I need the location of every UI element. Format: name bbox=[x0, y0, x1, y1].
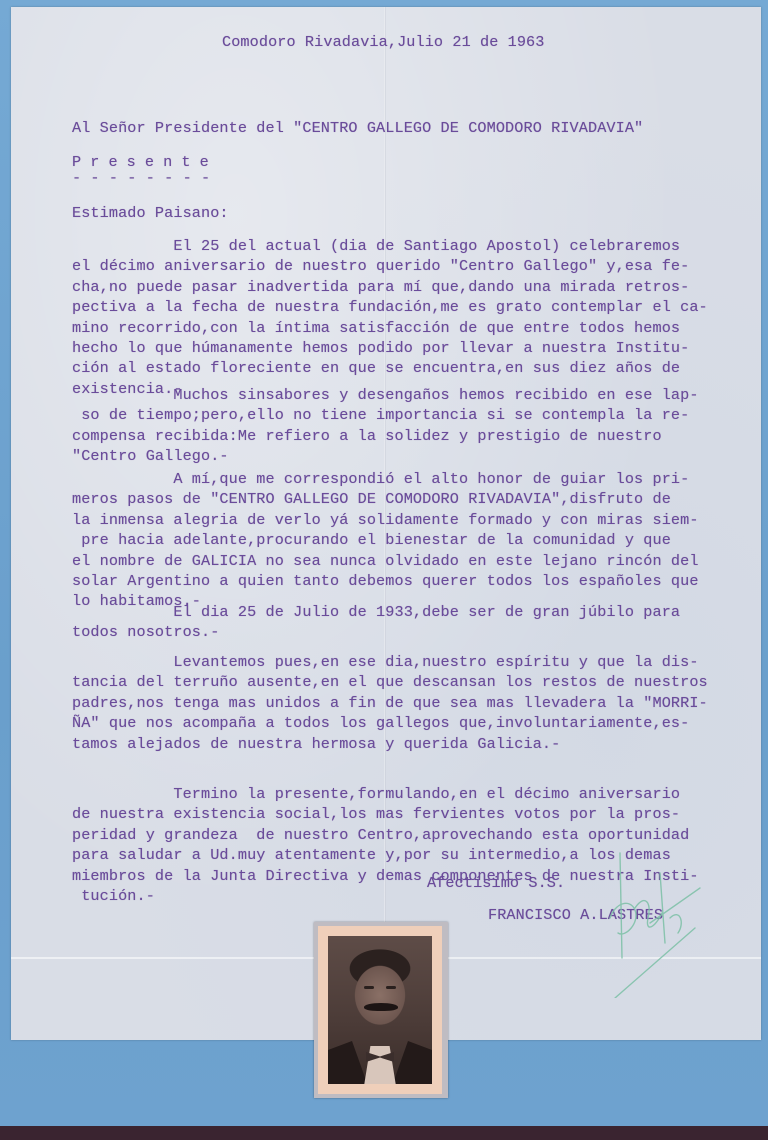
jacket-left bbox=[328, 1041, 368, 1084]
paragraph-morrina: Levantemos pues,en ese dia,nuestro espír… bbox=[72, 652, 708, 754]
shirt-collar bbox=[364, 1046, 396, 1084]
paragraph-founding: A mí,que me correspondió el alto honor d… bbox=[72, 469, 699, 612]
eye-right bbox=[386, 986, 396, 989]
date-line: Comodoro Rivadavia,Julio 21 de 1963 bbox=[222, 32, 545, 52]
portrait-image bbox=[328, 936, 432, 1084]
mustache bbox=[364, 1003, 398, 1011]
paragraph-celebration-date: El dia 25 de Julio de 1933,debe ser de g… bbox=[72, 602, 680, 643]
greeting: Estimado Paisano: bbox=[72, 203, 229, 223]
paragraph-hardships: Muchos sinsabores y desengaños hemos rec… bbox=[72, 385, 699, 467]
eye-left bbox=[364, 986, 374, 989]
presente-underline: - - - - - - - - bbox=[72, 168, 210, 188]
jacket-right bbox=[392, 1041, 432, 1084]
addressee-line: Al Señor Presidente del "CENTRO GALLEGO … bbox=[72, 118, 643, 138]
portrait-photo bbox=[314, 922, 448, 1098]
closing-salutation: Afectísimo S.S. bbox=[427, 873, 565, 893]
photo-mount bbox=[318, 926, 442, 1094]
handwritten-signature-icon bbox=[590, 848, 710, 998]
paragraph-anniversary: El 25 del actual (dia de Santiago Aposto… bbox=[72, 236, 708, 399]
dark-bottom-edge bbox=[0, 1126, 768, 1140]
